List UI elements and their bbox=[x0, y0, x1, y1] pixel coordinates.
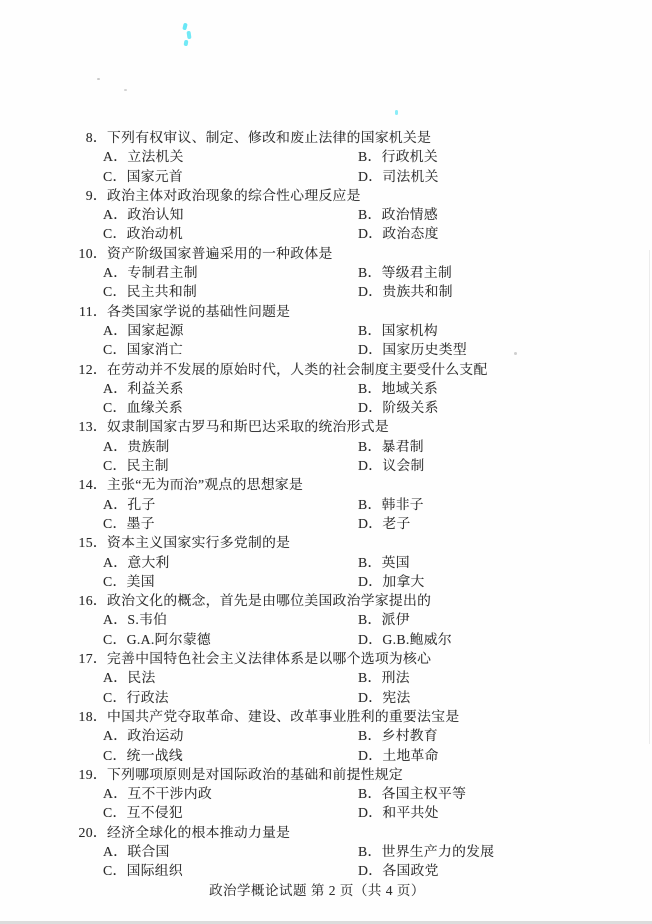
option-d: D．宪法 bbox=[358, 688, 411, 707]
option-b: B．英国 bbox=[358, 553, 410, 572]
question-number: 14． bbox=[64, 475, 107, 494]
question-list: 8．下列有权审议、制定、修改和废止法律的国家机关是 A．立法机关 B．行政机关 … bbox=[64, 128, 624, 881]
question-stem: 下列哪项原则是对国际政治的基础和前提性规定 bbox=[107, 767, 403, 782]
question-stem: 政治文化的概念，首先是由哪位美国政治学家提出的 bbox=[107, 593, 431, 608]
question-stem: 在劳动并不发展的原始时代，人类的社会制度主要受什么支配 bbox=[107, 362, 488, 377]
option-a: A．立法机关 bbox=[103, 147, 358, 166]
option-a: A．政治运动 bbox=[103, 726, 358, 745]
option-a: A．利益关系 bbox=[103, 379, 358, 398]
option-c: C．墨子 bbox=[103, 514, 358, 533]
question-stem: 资本主义国家实行多党制的是 bbox=[107, 535, 290, 550]
option-a: A．孔子 bbox=[103, 495, 358, 514]
question-item: 17．完善中国特色社会主义法律体系是以哪个选项为核心 A．民法 B．刑法 C．行… bbox=[64, 649, 624, 707]
option-c: C．血缘关系 bbox=[103, 398, 358, 417]
option-a: A．专制君主制 bbox=[103, 263, 358, 282]
question-number: 20． bbox=[64, 823, 107, 842]
question-number: 13． bbox=[64, 417, 107, 436]
option-c: C．G.A.阿尔蒙德 bbox=[103, 630, 358, 649]
question-stem: 奴隶制国家古罗马和斯巴达采取的统治形式是 bbox=[107, 419, 389, 434]
question-item: 11．各类国家学说的基础性问题是 A．国家起源 B．国家机构 C．国家消亡 D．… bbox=[64, 302, 624, 360]
option-c: C．统一战线 bbox=[103, 746, 358, 765]
question-stem: 中国共产党夺取革命、建设、改革事业胜利的重要法宝是 bbox=[107, 709, 459, 724]
question-stem: 主张“无为而治”观点的思想家是 bbox=[107, 477, 303, 492]
question-stem: 资产阶级国家普遍采用的一种政体是 bbox=[107, 246, 333, 261]
option-d: D．各国政党 bbox=[358, 861, 439, 880]
option-d: D．老子 bbox=[358, 514, 411, 533]
question-item: 20．经济全球化的根本推动力量是 A．联合国 B．世界生产力的发展 C．国际组织… bbox=[64, 823, 624, 881]
question-number: 18． bbox=[64, 707, 107, 726]
question-stem: 完善中国特色社会主义法律体系是以哪个选项为核心 bbox=[107, 651, 431, 666]
option-a: A．贵族制 bbox=[103, 437, 358, 456]
option-d: D．土地革命 bbox=[358, 746, 439, 765]
scan-artifact-cyan bbox=[182, 23, 188, 31]
option-c: C．国际组织 bbox=[103, 861, 358, 880]
option-a: A．国家起源 bbox=[103, 321, 358, 340]
option-b: B．地域关系 bbox=[358, 379, 438, 398]
option-c: C．行政法 bbox=[103, 688, 358, 707]
question-number: 17． bbox=[64, 649, 107, 668]
question-number: 19． bbox=[64, 765, 107, 784]
option-b: B．韩非子 bbox=[358, 495, 424, 514]
question-item: 13．奴隶制国家古罗马和斯巴达采取的统治形式是 A．贵族制 B．暴君制 C．民主… bbox=[64, 417, 624, 475]
question-item: 10．资产阶级国家普遍采用的一种政体是 A．专制君主制 B．等级君主制 C．民主… bbox=[64, 244, 624, 302]
option-c: C．国家消亡 bbox=[103, 340, 358, 359]
question-stem: 经济全球化的根本推动力量是 bbox=[107, 825, 290, 840]
option-d: D．议会制 bbox=[358, 456, 425, 475]
question-stem: 政治主体对政治现象的综合性心理反应是 bbox=[107, 188, 361, 203]
option-c: C．政治动机 bbox=[103, 224, 358, 243]
scan-artifact-cyan bbox=[186, 31, 191, 39]
question-number: 8． bbox=[64, 128, 107, 147]
question-number: 15． bbox=[64, 533, 107, 552]
question-stem: 下列有权审议、制定、修改和废止法律的国家机关是 bbox=[107, 130, 431, 145]
question-number: 11． bbox=[64, 302, 107, 321]
scan-edge-shadow-right bbox=[649, 250, 650, 744]
option-b: B．暴君制 bbox=[358, 437, 424, 456]
option-d: D．加拿大 bbox=[358, 572, 425, 591]
option-b: B．乡村教育 bbox=[358, 726, 438, 745]
option-d: D．和平共处 bbox=[358, 803, 439, 822]
option-b: B．行政机关 bbox=[358, 147, 438, 166]
option-b: B．派伊 bbox=[358, 610, 410, 629]
option-a: A．S.韦伯 bbox=[103, 610, 358, 629]
option-d: D．贵族共和制 bbox=[358, 282, 453, 301]
question-item: 18．中国共产党夺取革命、建设、改革事业胜利的重要法宝是 A．政治运动 B．乡村… bbox=[64, 707, 624, 765]
scan-artifact-cyan bbox=[184, 40, 189, 47]
option-b: B．政治情感 bbox=[358, 205, 438, 224]
question-item: 14．主张“无为而治”观点的思想家是 A．孔子 B．韩非子 C．墨子 D．老子 bbox=[64, 475, 624, 533]
question-item: 19．下列哪项原则是对国际政治的基础和前提性规定 A．互不干涉内政 B．各国主权… bbox=[64, 765, 624, 823]
option-c: C．民主共和制 bbox=[103, 282, 358, 301]
option-d: D．国家历史类型 bbox=[358, 340, 467, 359]
question-stem: 各类国家学说的基础性问题是 bbox=[107, 304, 290, 319]
option-b: B．等级君主制 bbox=[358, 263, 452, 282]
scan-artifact-gray bbox=[124, 89, 127, 91]
question-number: 16． bbox=[64, 591, 107, 610]
option-b: B．各国主权平等 bbox=[358, 784, 466, 803]
page-footer: 政治学概论试题 第 2 页（共 4 页） bbox=[0, 879, 652, 899]
option-c: C．国家元首 bbox=[103, 167, 358, 186]
question-item: 9．政治主体对政治现象的综合性心理反应是 A．政治认知 B．政治情感 C．政治动… bbox=[64, 186, 624, 244]
scan-artifact-cyan bbox=[395, 110, 398, 115]
option-a: A．互不干涉内政 bbox=[103, 784, 358, 803]
option-c: C．互不侵犯 bbox=[103, 803, 358, 822]
option-d: D．司法机关 bbox=[358, 167, 439, 186]
question-number: 9． bbox=[64, 186, 107, 205]
question-item: 16．政治文化的概念，首先是由哪位美国政治学家提出的 A．S.韦伯 B．派伊 C… bbox=[64, 591, 624, 649]
option-a: A．意大利 bbox=[103, 553, 358, 572]
option-d: D．阶级关系 bbox=[358, 398, 439, 417]
option-a: A．联合国 bbox=[103, 842, 358, 861]
option-b: B．国家机构 bbox=[358, 321, 438, 340]
scanned-exam-page: 8．下列有权审议、制定、修改和废止法律的国家机关是 A．立法机关 B．行政机关 … bbox=[0, 0, 652, 924]
option-d: D．G.B.鲍威尔 bbox=[358, 630, 452, 649]
question-item: 12．在劳动并不发展的原始时代，人类的社会制度主要受什么支配 A．利益关系 B．… bbox=[64, 360, 624, 418]
option-b: B．世界生产力的发展 bbox=[358, 842, 494, 861]
option-d: D．政治态度 bbox=[358, 224, 439, 243]
option-b: B．刑法 bbox=[358, 668, 410, 687]
scan-artifact-gray bbox=[97, 78, 100, 80]
option-c: C．美国 bbox=[103, 572, 358, 591]
question-number: 12． bbox=[64, 360, 107, 379]
question-number: 10． bbox=[64, 244, 107, 263]
option-c: C．民主制 bbox=[103, 456, 358, 475]
question-item: 8．下列有权审议、制定、修改和废止法律的国家机关是 A．立法机关 B．行政机关 … bbox=[64, 128, 624, 186]
option-a: A．政治认知 bbox=[103, 205, 358, 224]
option-a: A．民法 bbox=[103, 668, 358, 687]
question-item: 15．资本主义国家实行多党制的是 A．意大利 B．英国 C．美国 D．加拿大 bbox=[64, 533, 624, 591]
